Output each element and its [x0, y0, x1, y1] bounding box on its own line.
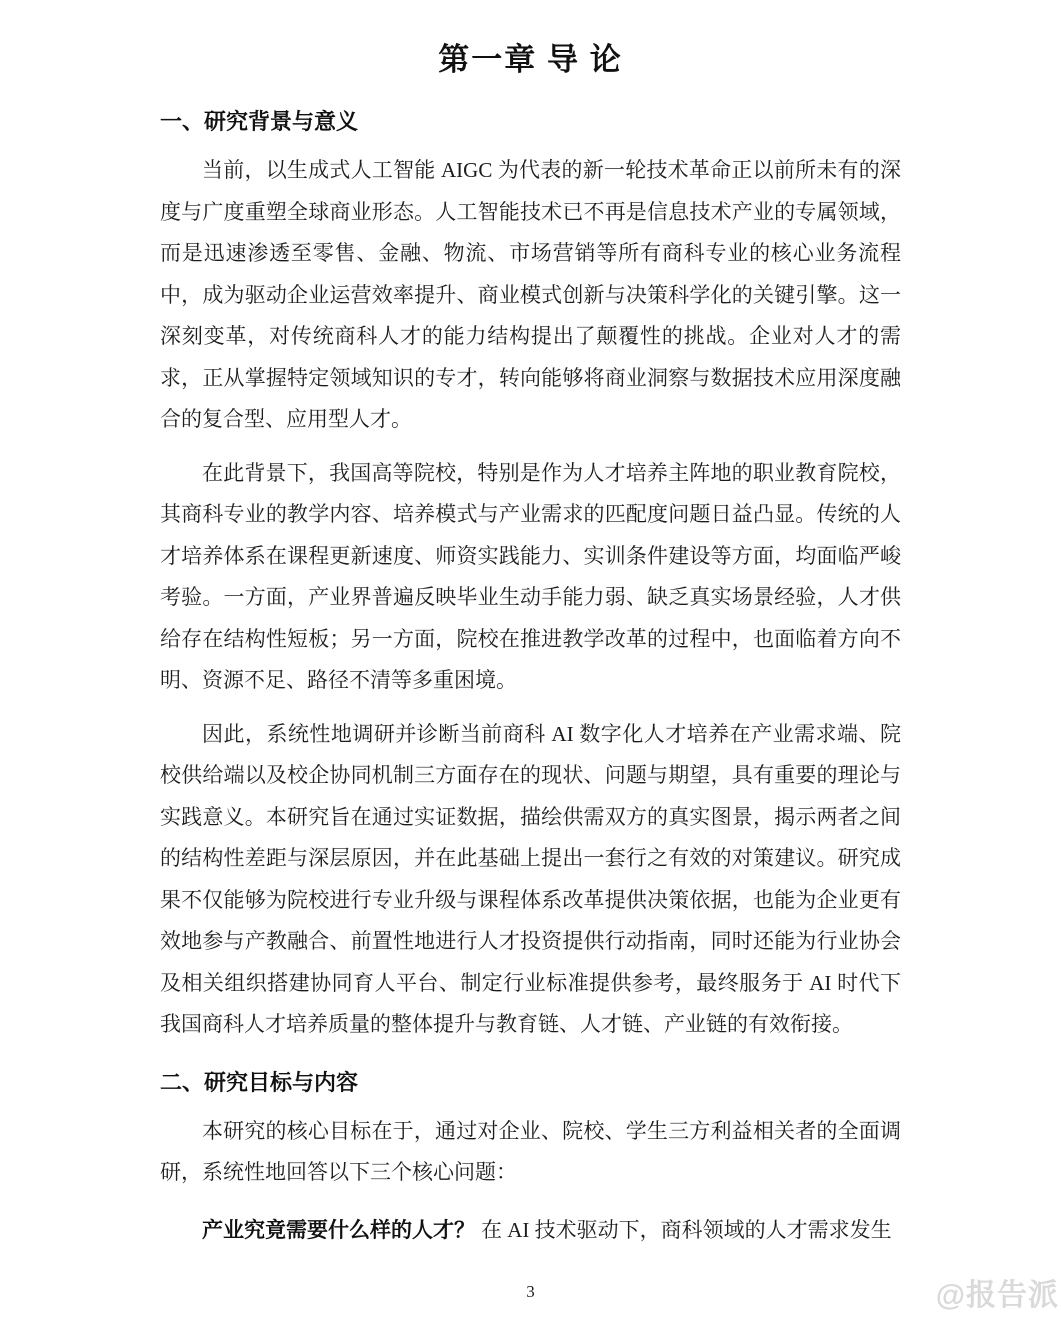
page-number: 3 [0, 1282, 1061, 1302]
paragraph-background-3: 因此，系统性地调研并诊断当前商科 AI 数字化人才培养在产业需求端、院校供给端以… [160, 714, 901, 1046]
paragraph-objectives-1: 本研究的核心目标在于，通过对企业、院校、学生三方利益相关者的全面调研，系统性地回… [160, 1111, 901, 1194]
question-rest-text: 在 AI 技术驱动下，商科领域的人才需求发生 [475, 1218, 892, 1242]
watermark-baogaopai: @报告派 [936, 1270, 1059, 1314]
question-lead-text: 产业究竟需要什么样的人才？ [202, 1219, 475, 1242]
paragraph-background-1: 当前，以生成式人工智能 AIGC 为代表的新一轮技术革命正以前所未有的深度与广度… [160, 150, 901, 441]
paragraph-background-2: 在此背景下，我国高等院校，特别是作为人才培养主阵地的职业教育院校，其商科专业的教… [160, 453, 901, 702]
section-heading-objectives: 二、研究目标与内容 [160, 1066, 901, 1097]
section-heading-background: 一、研究背景与意义 [160, 105, 901, 136]
chapter-title: 第一章 导 论 [160, 34, 901, 79]
page-content: 第一章 导 论 一、研究背景与意义 当前，以生成式人工智能 AIGC 为代表的新… [0, 0, 1061, 1251]
document-page: 第一章 导 论 一、研究背景与意义 当前，以生成式人工智能 AIGC 为代表的新… [0, 0, 1061, 1320]
paragraph-question: 产业究竟需要什么样的人才？在 AI 技术驱动下，商科领域的人才需求发生 [160, 1210, 901, 1252]
